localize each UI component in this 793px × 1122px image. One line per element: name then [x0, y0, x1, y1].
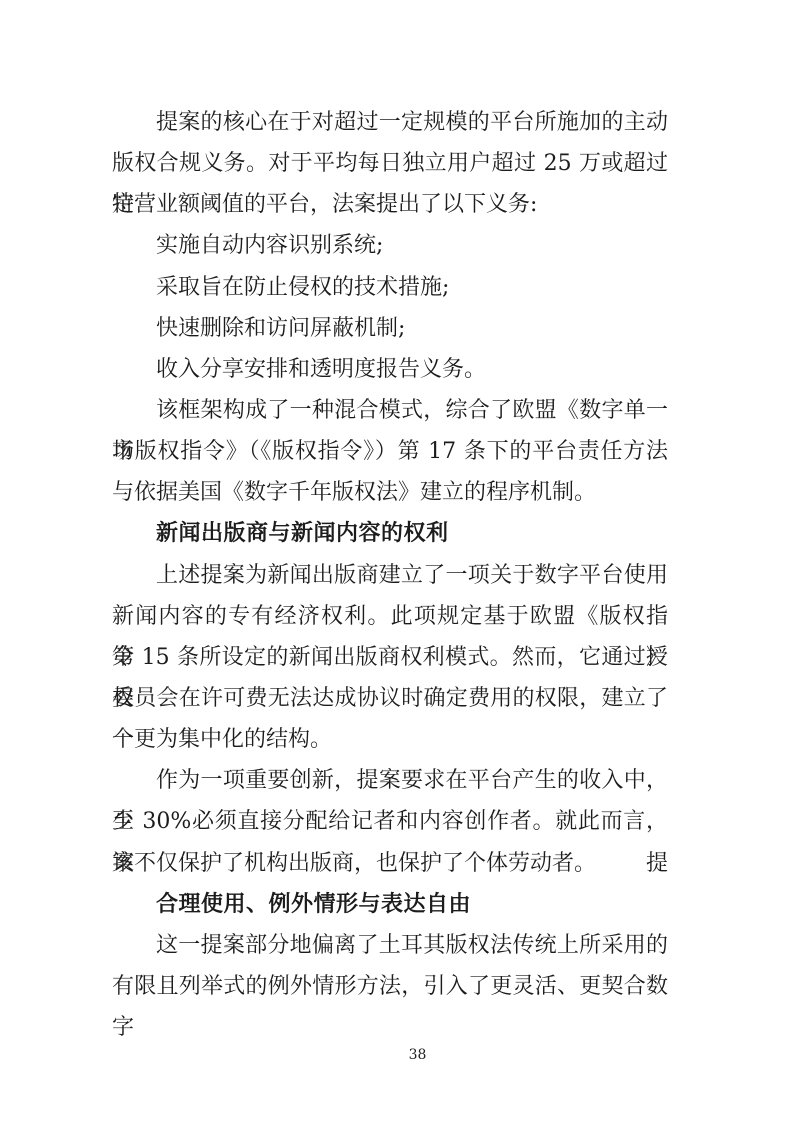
section-heading: 合理使用、例外情形与表达自由	[112, 884, 668, 925]
paragraph-line: 新闻内容的专有经济权利。此项规定基于欧盟《版权指令》	[112, 596, 668, 637]
list-item-line: 收入分享安排和透明度报告义务。	[112, 349, 668, 390]
document-page: 提案的核心在于对超过一定规模的平台所施加的主动 版权合规义务。对于平均每日独立用…	[0, 0, 793, 1122]
paragraph-line: 委员会在许可费无法达成协议时确定费用的权限，建立了一	[112, 678, 668, 719]
list-item-line: 实施自动内容识别系统;	[112, 225, 668, 266]
page-body: 提案的核心在于对超过一定规模的平台所施加的主动 版权合规义务。对于平均每日独立用…	[112, 102, 668, 1007]
page-number: 38	[0, 1046, 793, 1064]
paragraph-line: 个更为集中化的结构。	[112, 719, 668, 760]
paragraph-line: 第 15 条所设定的新闻出版商权利模式。然而，它通过授权	[112, 637, 668, 678]
paragraph-line: 与依据美国《数字千年版权法》建立的程序机制。	[112, 472, 668, 513]
list-item-line: 快速删除和访问屏蔽机制;	[112, 308, 668, 349]
paragraph-line: 上述提案为新闻出版商建立了一项关于数字平台使用	[112, 555, 668, 596]
list-item-line: 采取旨在防止侵权的技术措施;	[112, 267, 668, 308]
paragraph-line: 场版权指令》（《版权指令》）第 17 条下的平台责任方法	[112, 431, 668, 472]
paragraph-line: 案不仅保护了机构出版商，也保护了个体劳动者。	[112, 843, 668, 884]
paragraph-line: 该框架构成了一种混合模式，综合了欧盟《数字单一市	[112, 390, 668, 431]
paragraph-line: 定营业额阈值的平台，法案提出了以下义务:	[112, 184, 668, 225]
section-heading: 新闻出版商与新闻内容的权利	[112, 513, 668, 554]
paragraph-line: 作为一项重要创新，提案要求在平台产生的收入中，至	[112, 760, 668, 801]
paragraph-line: 少 30%必须直接分配给记者和内容创作者。就此而言，该提	[112, 801, 668, 842]
page-number-value: 38	[409, 1046, 427, 1064]
paragraph-line: 提案的核心在于对超过一定规模的平台所施加的主动	[112, 102, 668, 143]
paragraph-line: 这一提案部分地偏离了土耳其版权法传统上所采用的	[112, 925, 668, 966]
paragraph-line: 有限且列举式的例外情形方法，引入了更灵活、更契合数字	[112, 966, 668, 1007]
paragraph-line: 版权合规义务。对于平均每日独立用户超过 25 万或超过特	[112, 143, 668, 184]
